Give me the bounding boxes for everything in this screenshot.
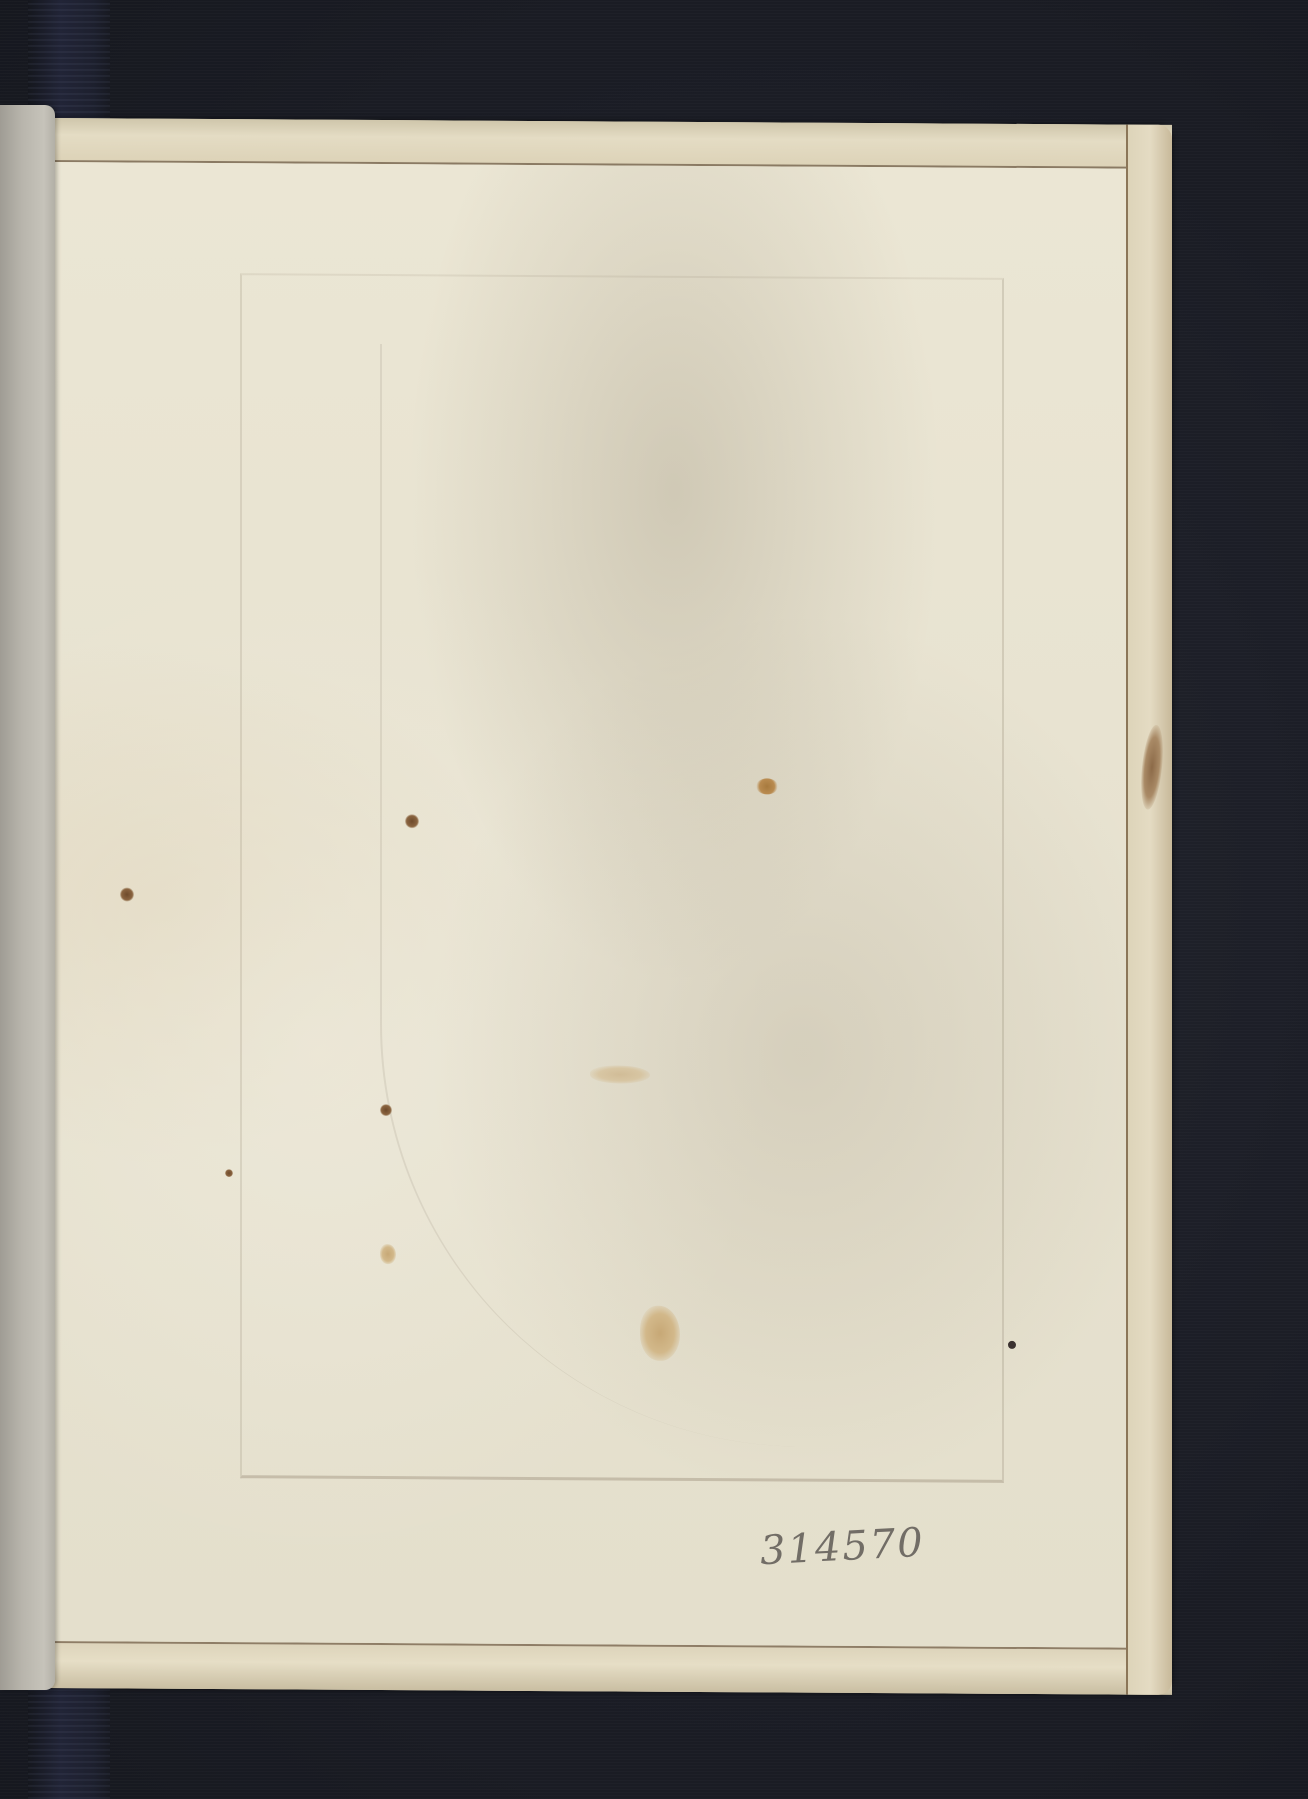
- cover-turn-in-bottom: [45, 1641, 1172, 1695]
- stain-spot: [380, 1104, 392, 1116]
- stain-spot: [225, 1169, 233, 1177]
- stain-spot: [405, 814, 419, 828]
- vellum-cover: [45, 118, 1172, 1695]
- page-block-edge: [0, 105, 55, 1690]
- edge-stain: [1138, 724, 1167, 811]
- cover-turn-in-top: [45, 118, 1172, 169]
- stain-spot: [1008, 1341, 1016, 1349]
- pastedown-panel: [50, 162, 1126, 1648]
- yellow-stain: [590, 1065, 650, 1083]
- pencil-shelfmark: 314570: [759, 1520, 926, 1575]
- stain-spot: [756, 778, 778, 794]
- stain-spot: [120, 887, 134, 901]
- yellow-stain: [640, 1306, 680, 1361]
- yellow-stain: [380, 1244, 396, 1264]
- cover-turn-in-right: [1126, 125, 1172, 1695]
